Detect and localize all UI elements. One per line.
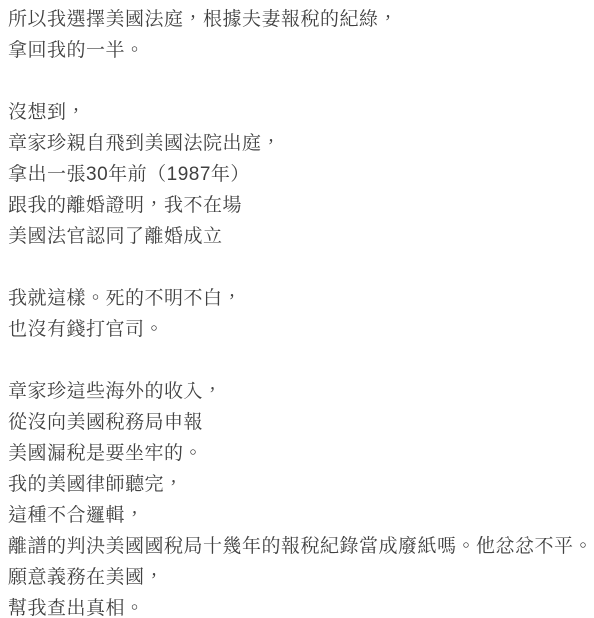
text-line: 這種不合邏輯， bbox=[8, 500, 586, 531]
text-line: 章家珍這些海外的收入， bbox=[8, 376, 586, 407]
text-line: 離譜的判決美國國稅局十幾年的報稅紀錄當成廢紙嗎。他忿忿不平。 bbox=[8, 531, 586, 562]
text-line: 沒想到， bbox=[8, 97, 586, 128]
paragraph-2: 沒想到， 章家珍親自飛到美國法院出庭， 拿出一張30年前（1987年） 跟我的離… bbox=[8, 97, 586, 252]
text-line: 美國法官認同了離婚成立 bbox=[8, 221, 586, 252]
text-line: 拿回我的一半。 bbox=[8, 35, 586, 66]
text-line: 幫我查出真相。 bbox=[8, 593, 586, 618]
text-line: 我就這樣。死的不明不白， bbox=[8, 283, 586, 314]
text-line: 從沒向美國稅務局申報 bbox=[8, 407, 586, 438]
text-line: 跟我的離婚證明，我不在場 bbox=[8, 190, 586, 221]
paragraph-1: 所以我選擇美國法庭，根據夫妻報稅的紀綠， 拿回我的一半。 bbox=[8, 4, 586, 66]
text-line: 我的美國律師聽完， bbox=[8, 469, 586, 500]
text-line: 拿出一張30年前（1987年） bbox=[8, 159, 586, 190]
text-line: 美國漏稅是要坐牢的。 bbox=[8, 438, 586, 469]
paragraph-4: 章家珍這些海外的收入， 從沒向美國稅務局申報 美國漏稅是要坐牢的。 我的美國律師… bbox=[8, 376, 586, 618]
paragraph-3: 我就這樣。死的不明不白， 也沒有錢打官司。 bbox=[8, 283, 586, 345]
text-line: 章家珍親自飛到美國法院出庭， bbox=[8, 128, 586, 159]
text-line: 願意義務在美國， bbox=[8, 562, 586, 593]
text-line: 所以我選擇美國法庭，根據夫妻報稅的紀綠， bbox=[8, 4, 586, 35]
article-body: 所以我選擇美國法庭，根據夫妻報稅的紀綠， 拿回我的一半。 沒想到， 章家珍親自飛… bbox=[0, 0, 594, 618]
text-line: 也沒有錢打官司。 bbox=[8, 314, 586, 345]
